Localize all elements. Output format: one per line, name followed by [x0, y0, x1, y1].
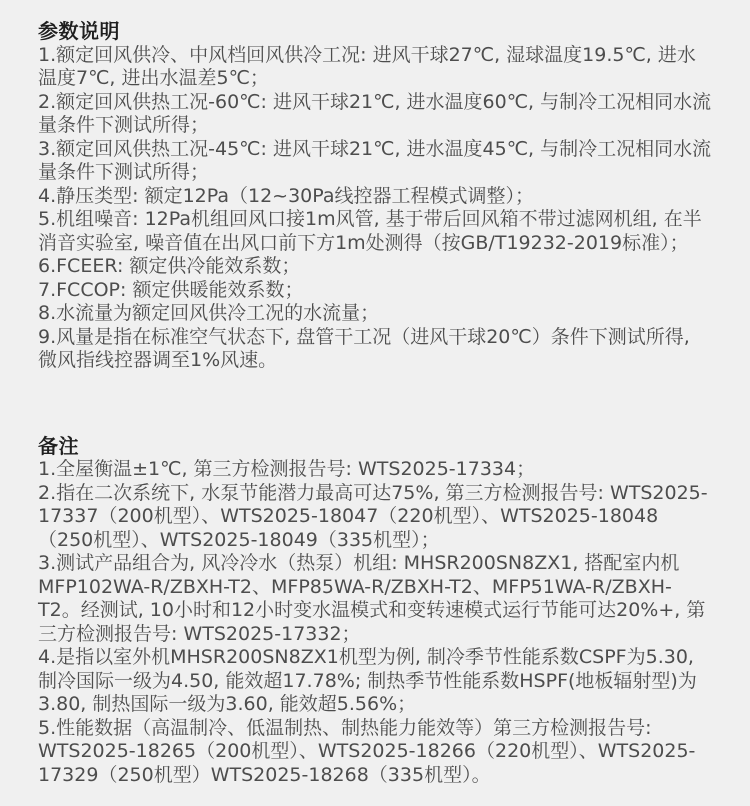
parameter-note-4: 4.静压类型: 额定12Pa（12~30Pa线控器工程模式调整）；: [38, 185, 712, 209]
remark-note-2: 2.指在二次系统下, 水泵节能潜力最高可达75%, 第三方检测报告号: WTS2…: [38, 482, 712, 553]
parameter-note-6: 6.FCEER: 额定供冷能效系数；: [38, 255, 712, 279]
page: { "theme": { "background": "#f0f0f0", "b…: [0, 0, 750, 806]
parameter-note-5: 5.机组噪音: 12Pa机组回风口接1m风管, 基于带后回风箱不带过滤网机组, …: [38, 208, 712, 255]
parameter-note-9: 9.风量是指在标准空气状态下, 盘管干工况（进风干球20℃）条件下测试所得, 微…: [38, 326, 712, 373]
parameter-note-1: 1.额定回风供冷、中风档回风供冷工况: 进风干球27℃, 湿球温度19.5℃, …: [38, 44, 712, 91]
parameter-note-2: 2.额定回风供热工况-60℃: 进风干球21℃, 进水温度60℃, 与制冷工况相…: [38, 91, 712, 138]
remark-note-4: 4.是指以室外机MHSR200SN8ZX1机型为例, 制冷季节性能系数CSPF为…: [38, 646, 712, 717]
remark-note-3: 3.测试产品组合为, 风冷冷水（热泵）机组: MHSR200SN8ZX1, 搭配…: [38, 552, 712, 646]
remark-note-1: 1.全屋衡温±1℃, 第三方检测报告号: WTS2025-17334；: [38, 458, 712, 482]
section-remarks: 备注 1.全屋衡温±1℃, 第三方检测报告号: WTS2025-17334； 2…: [38, 435, 712, 788]
remark-note-5: 5.性能数据（高温制冷、低温制热、制热能力能效等）第三方检测报告号: WTS20…: [38, 717, 712, 788]
parameter-note-3: 3.额定回风供热工况-45℃: 进风干球21℃, 进水温度45℃, 与制冷工况相…: [38, 138, 712, 185]
parameter-note-8: 8.水流量为额定回风供冷工况的水流量；: [38, 302, 712, 326]
parameter-note-7: 7.FCCOP: 额定供暖能效系数；: [38, 279, 712, 303]
parameter-description-title: 参数说明: [38, 20, 712, 44]
document-body: 参数说明 1.额定回风供冷、中风档回风供冷工况: 进风干球27℃, 湿球温度19…: [0, 0, 750, 787]
section-parameter-description: 参数说明 1.额定回风供冷、中风档回风供冷工况: 进风干球27℃, 湿球温度19…: [38, 20, 712, 373]
remarks-title: 备注: [38, 435, 712, 459]
